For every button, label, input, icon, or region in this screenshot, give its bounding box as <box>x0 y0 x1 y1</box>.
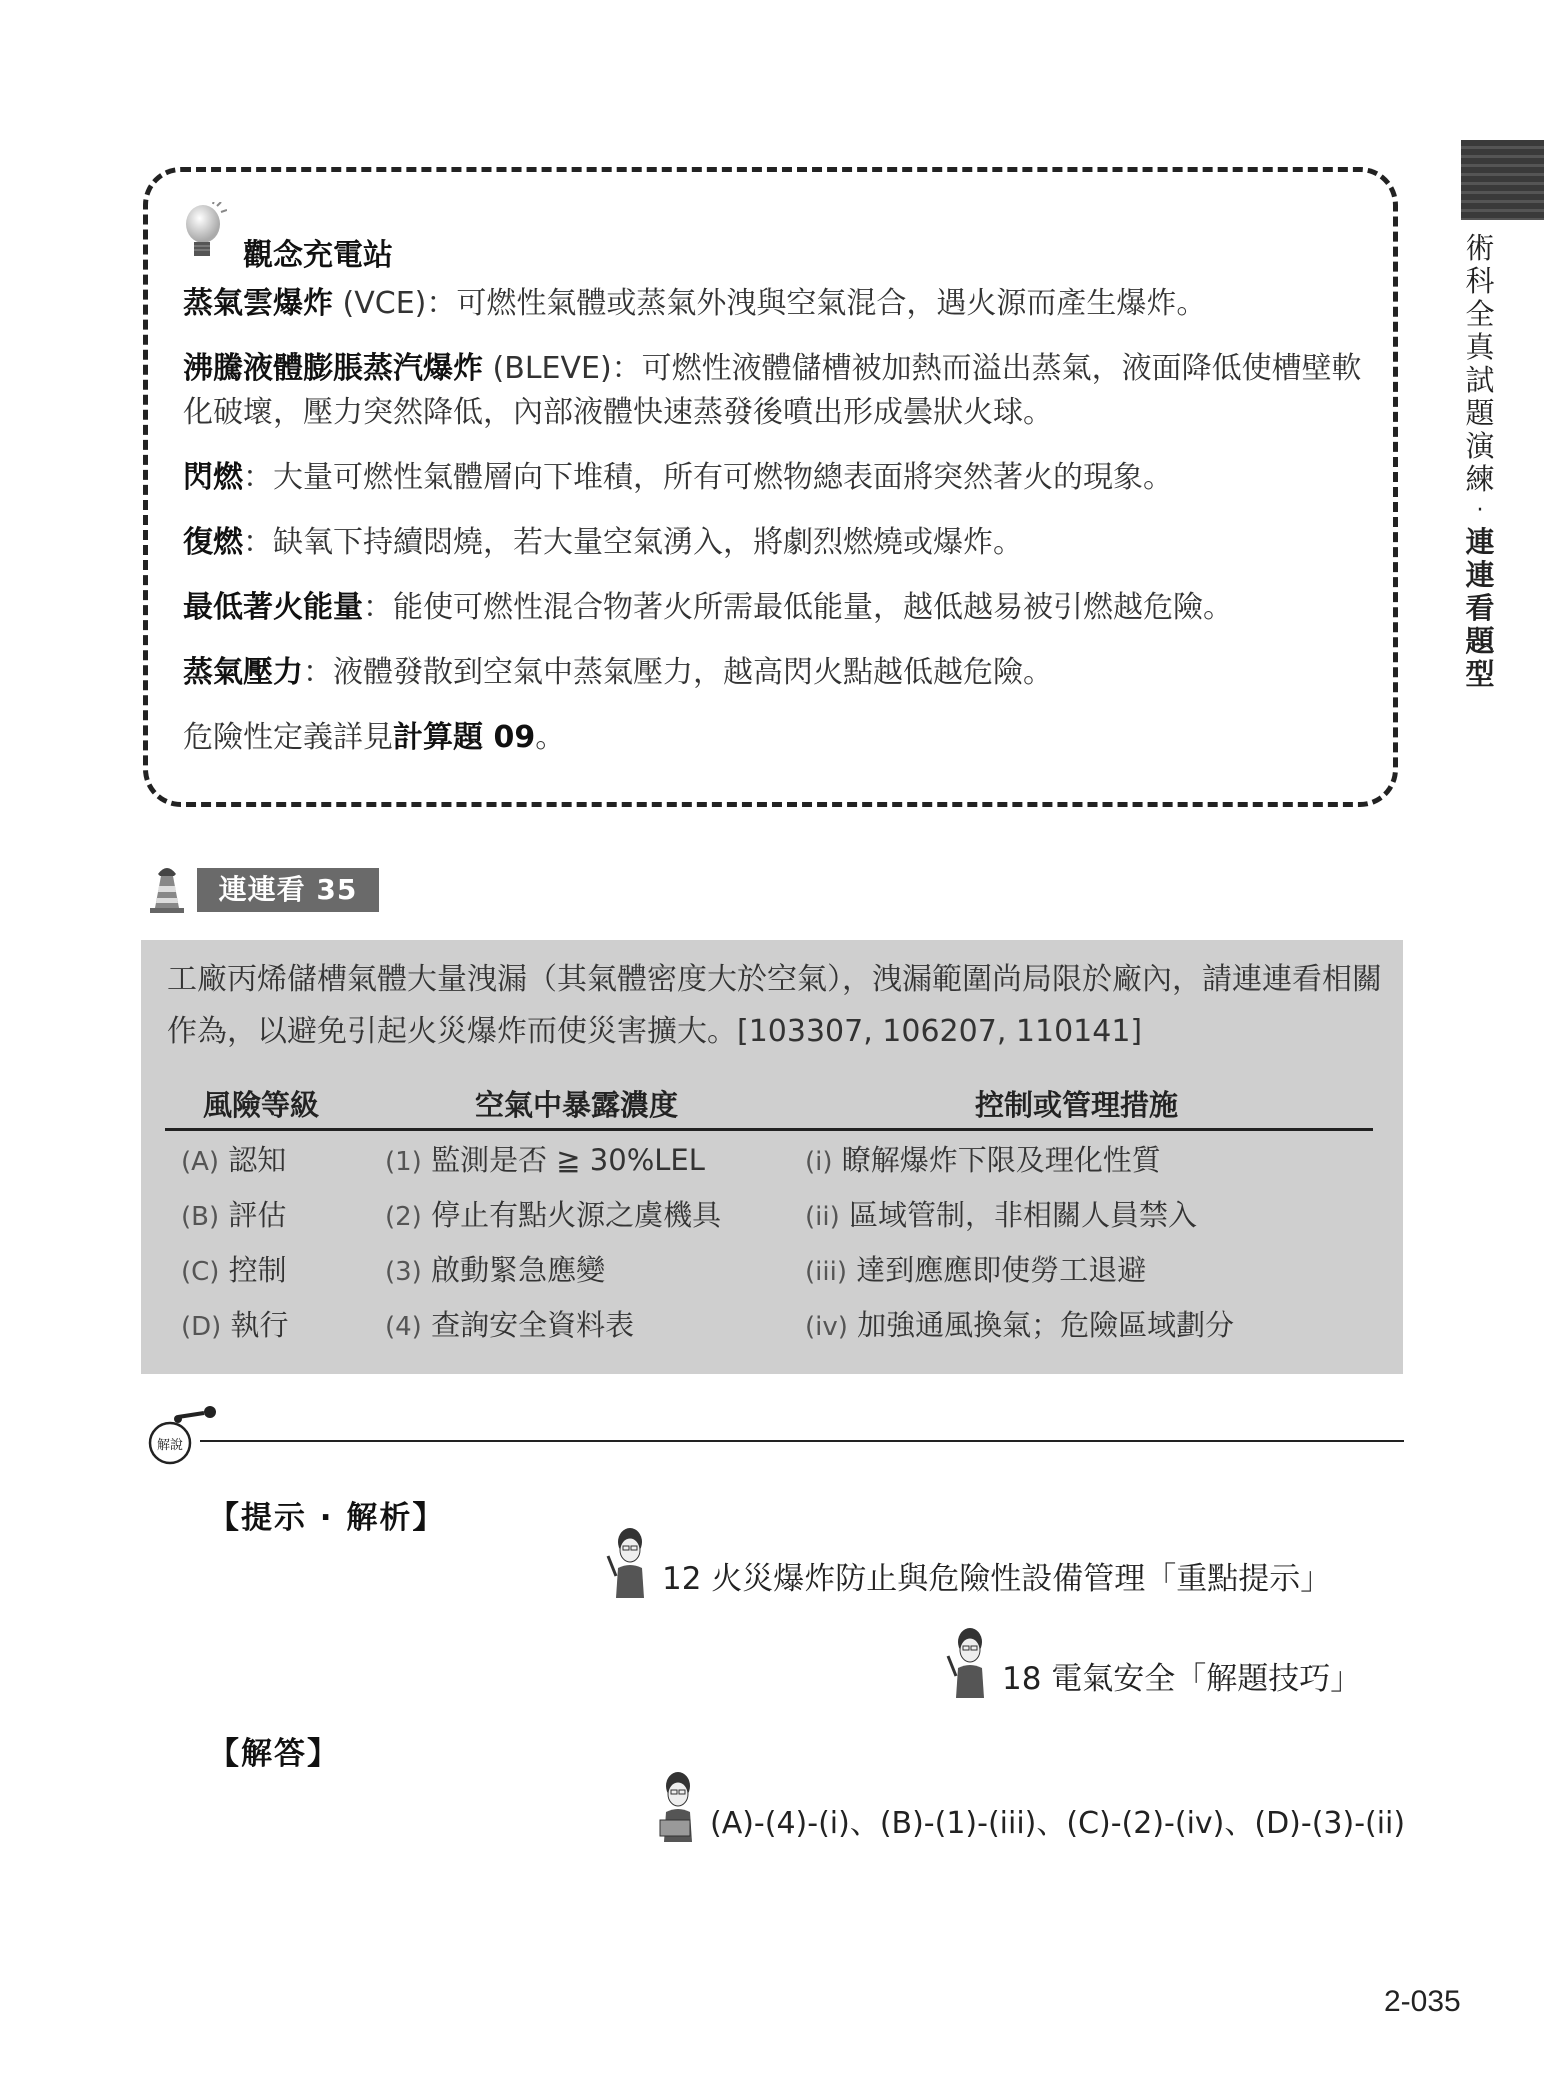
side-tab-char: 連 <box>1464 526 1496 559</box>
exposure-cell: (4) 查詢安全資料表 <box>385 1303 805 1344</box>
question-panel: 工廠丙烯儲槽氣體大量洩漏（其氣體密度大於空氣），洩漏範圍尚局限於廠內，請連連看相… <box>141 940 1403 1374</box>
side-tab-char: 看 <box>1464 592 1496 625</box>
exposure-cell: (1) 監測是否 ≧ 30%LEL <box>385 1138 805 1179</box>
footer-text: 。 <box>535 720 565 755</box>
side-tab-char: 題 <box>1464 397 1496 430</box>
concept-item: 蒸氣壓力：液體發散到空氣中蒸氣壓力，越高閃火點越低越危險。 <box>183 651 1373 695</box>
concept-definition: ：液體發散到空氣中蒸氣壓力，越高閃火點越低越危險。 <box>303 655 1053 690</box>
concept-definition: ：缺氧下持續悶燒，若大量空氣湧入，將劇烈燃燒或爆炸。 <box>243 525 1023 560</box>
hint-heading: 【提示 · 解析】 <box>208 1492 445 1537</box>
table-row: (D) 執行 (4) 查詢安全資料表 (iv) 加強通風換氣；危險區域劃分 <box>165 1296 1373 1351</box>
risk-cell: (D) 執行 <box>165 1303 385 1344</box>
concept-item: 蒸氣雲爆炸 (VCE)：可燃性氣體或蒸氣外洩與空氣混合，遇火源而產生爆炸。 <box>183 282 1373 326</box>
label: (i) <box>805 1147 833 1177</box>
answer-text: (A)-(4)-(i)、(B)-(1)-(iii)、(C)-(2)-(iv)、(… <box>710 1798 1405 1842</box>
page-number: 2-035 <box>1384 1985 1461 2019</box>
concept-item: 沸騰液體膨脹蒸汽爆炸 (BLEVE)：可燃性液體儲槽被加熱而溢出蒸氣，液面降低使… <box>183 347 1373 435</box>
header-risk-level: 風險等級 <box>165 1083 385 1124</box>
exposure-cell: (3) 啟動緊急應變 <box>385 1248 805 1289</box>
label: (2) <box>385 1202 422 1232</box>
measure-cell: (iii) 達到應應即使勞工退避 <box>805 1248 1373 1289</box>
hint-item: 12 火災爆炸防止與危險性設備管理「重點提示」 <box>604 1526 1331 1598</box>
risk-cell: (C) 控制 <box>165 1248 385 1289</box>
label: (B) <box>181 1202 219 1232</box>
explanation-key-icon: 解說 <box>140 1405 220 1465</box>
concept-term: 復燃 <box>183 525 243 560</box>
value: 啟動緊急應變 <box>431 1253 605 1287</box>
concept-term: 閃燃 <box>183 460 243 495</box>
side-tab-char: 科 <box>1464 265 1496 298</box>
side-tab-decoration <box>1461 140 1544 220</box>
side-tab-char: 型 <box>1464 658 1496 691</box>
table-header: 風險等級 空氣中暴露濃度 控制或管理措施 <box>165 1078 1373 1131</box>
value: 瞭解爆炸下限及理化性質 <box>842 1143 1161 1177</box>
side-tab-char: 練 <box>1464 463 1496 496</box>
measure-cell: (ii) 區域管制，非相關人員禁入 <box>805 1193 1373 1234</box>
label: (4) <box>385 1312 422 1342</box>
footer-reference: 計算題 09 <box>393 720 535 755</box>
concept-term: 蒸氣壓力 <box>183 655 303 690</box>
section-divider <box>200 1440 1404 1442</box>
label: (D) <box>181 1312 221 1342</box>
risk-cell: (B) 評估 <box>165 1193 385 1234</box>
risk-cell: (A) 認知 <box>165 1138 385 1179</box>
table-row: (C) 控制 (3) 啟動緊急應變 (iii) 達到應應即使勞工退避 <box>165 1241 1373 1296</box>
side-tab-char: 術 <box>1464 232 1496 265</box>
hint-text: 12 火災爆炸防止與危險性設備管理「重點提示」 <box>662 1553 1331 1598</box>
label: (A) <box>181 1147 219 1177</box>
value: 監測是否 ≧ 30%LEL <box>431 1143 705 1177</box>
value: 區域管制，非相關人員禁入 <box>849 1198 1197 1232</box>
concept-term: 最低著火能量 <box>183 590 363 625</box>
hint-text: 18 電氣安全「解題技巧」 <box>1002 1653 1361 1698</box>
lightbulb-icon <box>183 202 227 264</box>
question-badge: 連連看 35 <box>197 868 379 912</box>
value: 評估 <box>228 1198 286 1232</box>
question-text: 工廠丙烯儲槽氣體大量洩漏（其氣體密度大於空氣），洩漏範圍尚局限於廠內，請連連看相… <box>167 954 1387 1058</box>
concept-title: 觀念充電站 <box>243 230 393 274</box>
concept-list: 蒸氣雲爆炸 (VCE)：可燃性氣體或蒸氣外洩與空氣混合，遇火源而產生爆炸。 沸騰… <box>183 282 1373 781</box>
measure-cell: (iv) 加強通風換氣；危險區域劃分 <box>805 1303 1373 1344</box>
concept-box: 觀念充電站 蒸氣雲爆炸 (VCE)：可燃性氣體或蒸氣外洩與空氣混合，遇火源而產生… <box>143 167 1398 807</box>
concept-item: 閃燃：大量可燃性氣體層向下堆積，所有可燃物總表面將突然著火的現象。 <box>183 456 1373 500</box>
measure-cell: (i) 瞭解爆炸下限及理化性質 <box>805 1138 1373 1179</box>
side-tab-char: 演 <box>1464 430 1496 463</box>
exposure-cell: (2) 停止有點火源之虞機具 <box>385 1193 805 1234</box>
value: 達到應應即使勞工退避 <box>856 1253 1146 1287</box>
traffic-cone-icon <box>148 862 186 914</box>
chapter-side-tab: 術 科 全 真 試 題 演 練 · 連 連 看 題 型 <box>1464 232 1496 691</box>
answer-heading: 【解答】 <box>208 1728 340 1773</box>
value: 查詢安全資料表 <box>431 1308 634 1342</box>
concept-definition: (VCE)：可燃性氣體或蒸氣外洩與空氣混合，遇火源而產生爆炸。 <box>333 286 1206 321</box>
teacher-pointing-icon <box>944 1626 996 1698</box>
header-measures: 控制或管理措施 <box>805 1083 1373 1124</box>
teacher-pointing-icon <box>604 1526 656 1598</box>
footer-text: 危險性定義詳見 <box>183 720 393 755</box>
label: (iii) <box>805 1257 847 1287</box>
side-tab-separator: · <box>1464 496 1496 526</box>
side-tab-char: 試 <box>1464 364 1496 397</box>
concept-item: 復燃：缺氧下持續悶燒，若大量空氣湧入，將劇烈燃燒或爆炸。 <box>183 521 1373 565</box>
concept-term: 沸騰液體膨脹蒸汽爆炸 <box>183 351 483 386</box>
side-tab-char: 全 <box>1464 298 1496 331</box>
concept-term: 蒸氣雲爆炸 <box>183 286 333 321</box>
side-tab-char: 題 <box>1464 625 1496 658</box>
label: (3) <box>385 1257 422 1287</box>
value: 加強通風換氣；危險區域劃分 <box>857 1308 1234 1342</box>
value: 執行 <box>231 1308 289 1342</box>
answer-row: (A)-(4)-(i)、(B)-(1)-(iii)、(C)-(2)-(iv)、(… <box>652 1770 1405 1842</box>
teacher-reading-icon <box>652 1770 704 1842</box>
table-row: (A) 認知 (1) 監測是否 ≧ 30%LEL (i) 瞭解爆炸下限及理化性質 <box>165 1131 1373 1186</box>
header-exposure: 空氣中暴露濃度 <box>385 1083 805 1124</box>
concept-definition: ：能使可燃性混合物著火所需最低能量，越低越易被引燃越危險。 <box>363 590 1233 625</box>
value: 認知 <box>228 1143 286 1177</box>
svg-text:解說: 解說 <box>157 1438 183 1453</box>
concept-item: 最低著火能量：能使可燃性混合物著火所需最低能量，越低越易被引燃越危險。 <box>183 586 1373 630</box>
matching-table: 風險等級 空氣中暴露濃度 控制或管理措施 (A) 認知 (1) 監測是否 ≧ 3… <box>165 1078 1373 1351</box>
hint-item: 18 電氣安全「解題技巧」 <box>944 1626 1361 1698</box>
side-tab-char: 真 <box>1464 331 1496 364</box>
label: (1) <box>385 1147 422 1177</box>
table-row: (B) 評估 (2) 停止有點火源之虞機具 (ii) 區域管制，非相關人員禁入 <box>165 1186 1373 1241</box>
concept-footer: 危險性定義詳見計算題 09。 <box>183 716 1373 760</box>
label: (C) <box>181 1257 219 1287</box>
label: (iv) <box>805 1312 848 1342</box>
concept-definition: ：大量可燃性氣體層向下堆積，所有可燃物總表面將突然著火的現象。 <box>243 460 1173 495</box>
value: 控制 <box>229 1253 287 1287</box>
label: (ii) <box>805 1202 840 1232</box>
side-tab-char: 連 <box>1464 559 1496 592</box>
value: 停止有點火源之虞機具 <box>431 1198 721 1232</box>
